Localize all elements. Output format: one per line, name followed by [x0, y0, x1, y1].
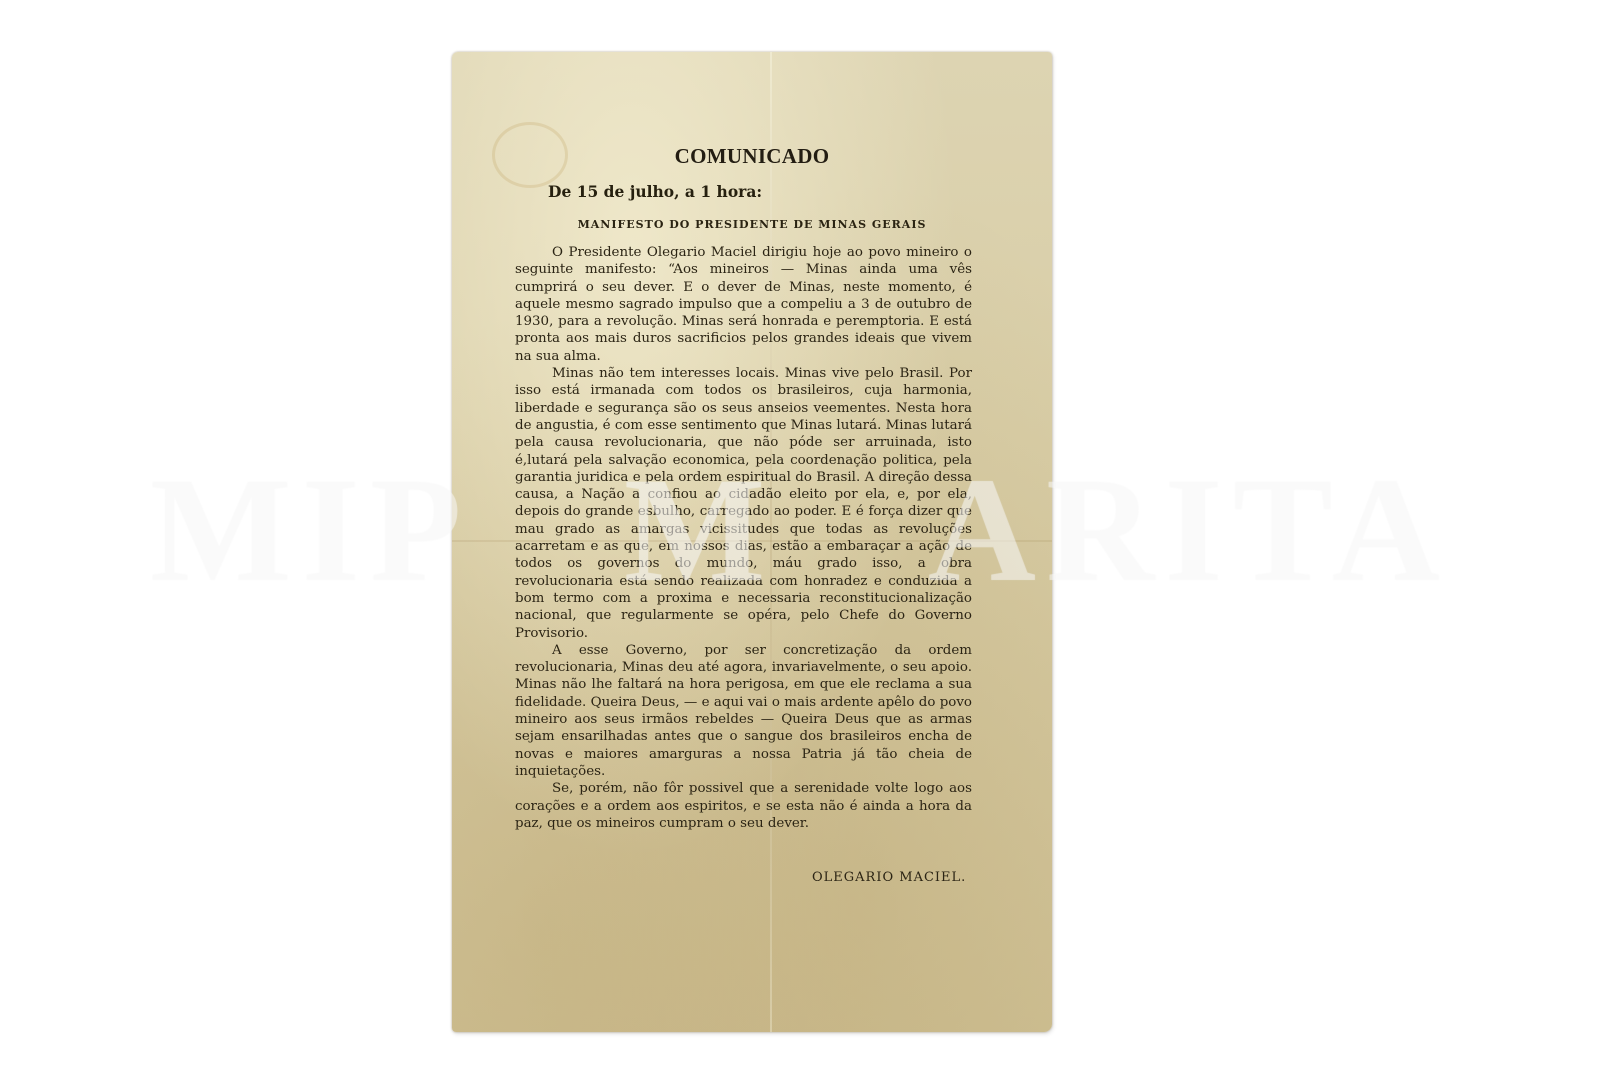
watermark-left: MIP	[150, 444, 472, 616]
manifesto-body: O Presidente Olegario Maciel dirigiu hoj…	[515, 244, 972, 832]
paragraph: Se, porém, não fôr possivel que a sereni…	[515, 780, 972, 832]
dateline: De 15 de julho, a 1 hora:	[548, 182, 762, 201]
paragraph: Minas não tem interesses locais. Minas v…	[515, 365, 972, 642]
paragraph: O Presidente Olegario Maciel dirigiu hoj…	[515, 244, 972, 365]
signature: OLEGARIO MACIEL.	[812, 870, 966, 885]
document-subtitle: MANIFESTO DO PRESIDENTE DE MINAS GERAIS	[452, 218, 1052, 231]
document-title: COMUNICADO	[452, 144, 1052, 169]
paragraph: A esse Governo, por ser concretização da…	[515, 642, 972, 780]
manifesto-sheet: COMUNICADO De 15 de julho, a 1 hora: MAN…	[452, 52, 1052, 1032]
